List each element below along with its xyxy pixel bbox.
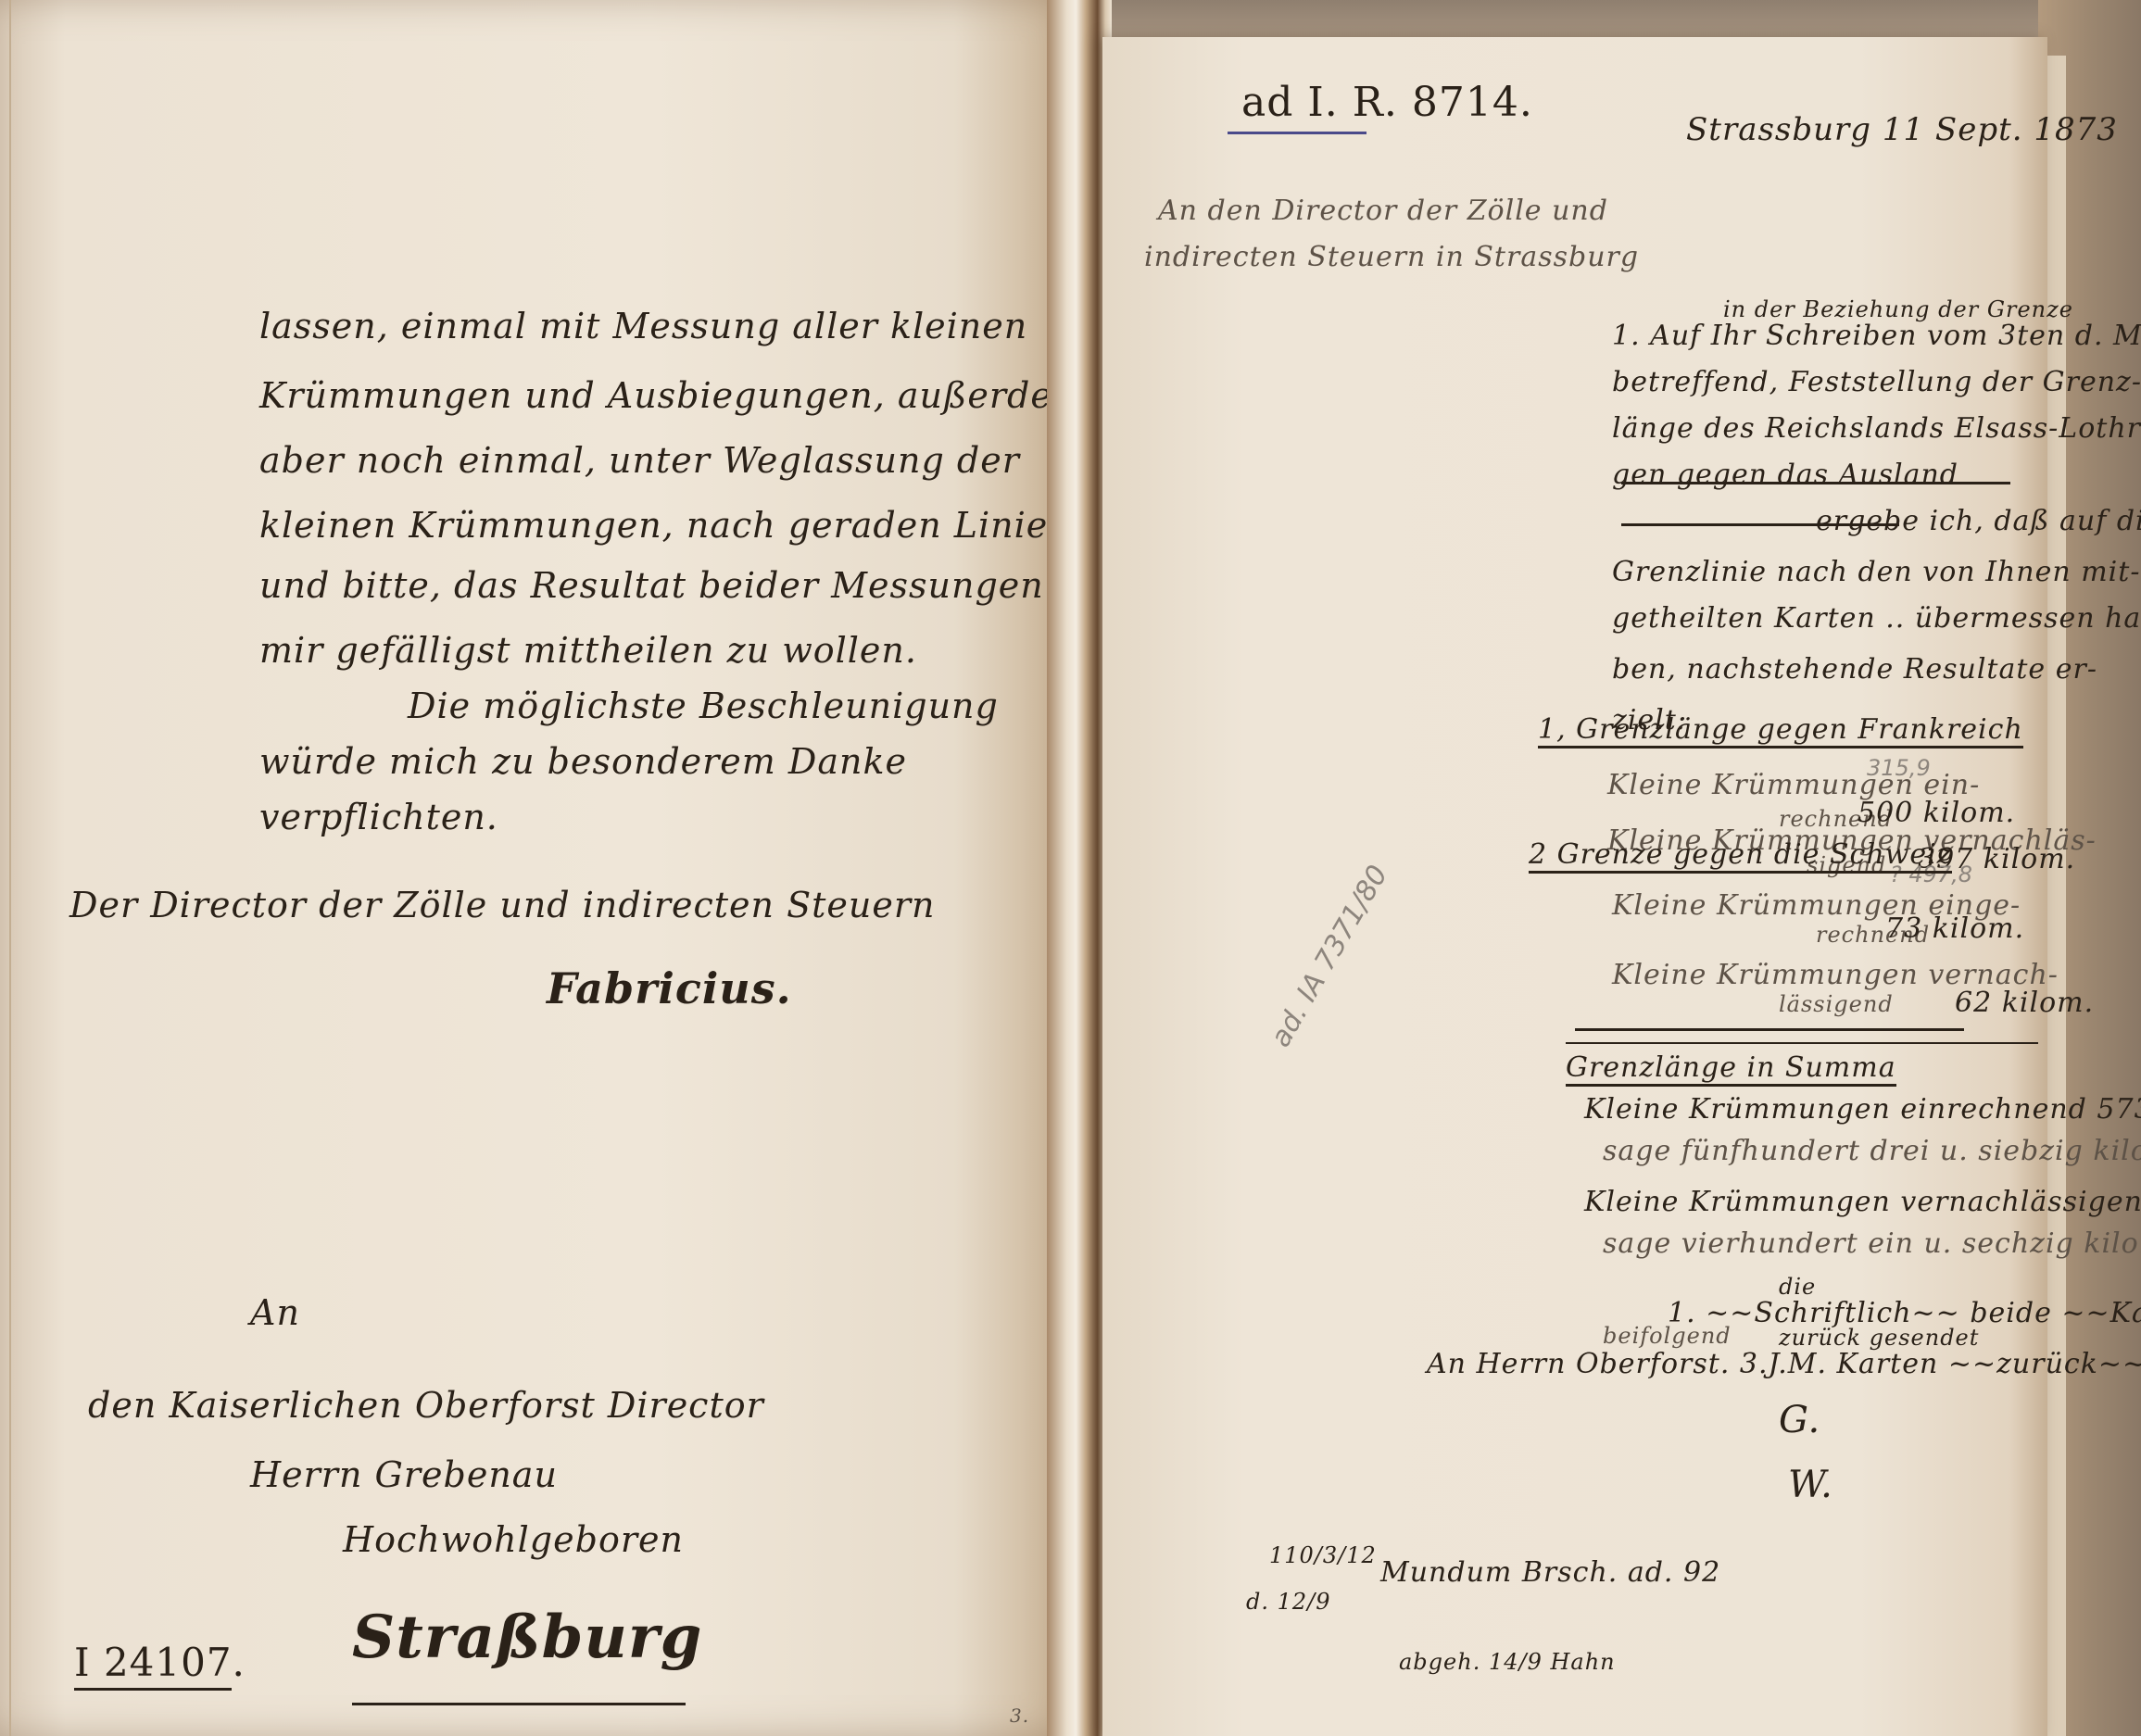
file-number: I 24107.: [74, 1640, 246, 1685]
address-line: Herrn Grebenau: [250, 1454, 558, 1495]
reference-number: ad I. R. 8714.: [1241, 79, 1533, 126]
section-heading: 2 Grenze gegen die Schweiz: [1529, 838, 1952, 874]
total-line: Kleine Krümmungen einrechnend 573 kilom.: [1584, 1093, 2141, 1126]
address-line: Hochwohlgeboren: [343, 1519, 684, 1560]
place-date: Strassburg 11 Sept. 1873: [1686, 111, 2118, 148]
left-closing-line: Die möglichste Beschleunigung: [408, 686, 999, 726]
left-page-edge: [9, 0, 11, 1736]
closing-line: An Herrn Oberforst. 3.J.M. Karten ~~zurü…: [1427, 1348, 2141, 1380]
closing-insert: die: [1779, 1274, 1816, 1300]
left-body-line: mir gefälligst mittheilen zu wollen.: [259, 630, 917, 671]
footer-note: d. 12/9: [1246, 1589, 1331, 1615]
left-body-line: aber noch einmal, unter Weglassung der: [259, 440, 1020, 481]
strikeout: [1621, 523, 1899, 526]
total-line: sage fünfhundert drei u. siebzig kilomet…: [1603, 1135, 2141, 1167]
address-city: Straßburg: [352, 1603, 702, 1672]
left-closing-line: verpflichten.: [259, 797, 498, 837]
right-body-line: ergebe ich, daß auf diese: [1816, 505, 2141, 537]
left-body-line: und bitte, das Resultat beider Messungen: [259, 565, 1044, 606]
total-line: sage vierhundert ein u. sechzig kilomete…: [1603, 1227, 2141, 1260]
left-body-line: lassen, einmal mit Messung aller kleinen: [259, 306, 1027, 346]
left-closing-line: würde mich zu besonderem Danke: [259, 741, 907, 782]
initials: G.: [1779, 1399, 1820, 1441]
file-number-underline: [74, 1688, 232, 1691]
measure-sub: lässigend: [1779, 991, 1894, 1017]
right-body-line: länge des Reichslands Elsass-Lothrin-: [1612, 412, 2141, 445]
corner-mark: 3.: [1010, 1705, 1029, 1727]
measure-value: 73 kilom.: [1885, 912, 2024, 945]
closing-insert: zurück gesendet: [1779, 1325, 1979, 1351]
left-body-line: Krümmungen und Ausbiegungen, außerdem: [259, 375, 1087, 416]
footer-note: Mundum Brsch. ad. 92: [1380, 1556, 1720, 1589]
footer-note: abgeh. 14/9 Hahn: [1399, 1649, 1616, 1675]
signature: Fabricius.: [547, 963, 792, 1013]
right-body-line: Grenzlinie nach den von Ihnen mit-: [1612, 556, 2140, 588]
sender-line: Der Director der Zölle und indirecten St…: [69, 885, 935, 925]
right-body-line: 1. Auf Ihr Schreiben vom 3ten d. Mts.: [1612, 320, 2141, 352]
pencil-note: 315,9: [1867, 755, 1931, 781]
recipient-line: An den Director der Zölle und: [1158, 195, 1608, 227]
initials: W.: [1788, 1464, 1833, 1506]
city-underline: [352, 1703, 686, 1705]
reference-underline: [1228, 132, 1366, 134]
footer-note: 110/3/12: [1269, 1542, 1377, 1568]
right-body-line: gen gegen das Ausland: [1612, 459, 1958, 491]
section-divider: [1566, 1042, 2038, 1044]
strikeout: [1621, 482, 2010, 484]
section-heading: 1, Grenzlänge gegen Frankreich: [1538, 713, 2023, 748]
right-body-line: getheilten Karten .. übermessen ha-: [1612, 602, 2141, 635]
insert-note: in der Beziehung der Grenze: [1723, 296, 2073, 322]
right-body-line: betreffend, Feststellung der Grenz-: [1612, 366, 2141, 398]
recipient-line: indirecten Steuern in Strassburg: [1144, 241, 1639, 273]
right-body-line: ben, nachstehende Resultate er-: [1612, 653, 2097, 686]
total-heading: Grenzlänge in Summa: [1566, 1051, 1896, 1087]
measure-value: 62 kilom.: [1955, 987, 2094, 1019]
left-body-line: kleinen Krümmungen, nach geraden Linien: [259, 505, 1072, 546]
section-divider: [1575, 1028, 1964, 1031]
closing-insert: beifolgend: [1603, 1323, 1732, 1349]
total-line: Kleine Krümmungen vernachlässigend 461 k…: [1584, 1186, 2141, 1218]
address-prefix: An: [250, 1292, 300, 1333]
address-line: den Kaiserlichen Oberforst Director: [88, 1385, 764, 1426]
